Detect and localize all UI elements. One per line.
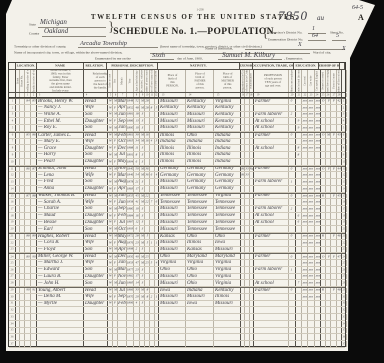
col-bm — [118, 328, 127, 334]
cell-text-ms: M — [141, 140, 144, 143]
col-rl: Daughter — [84, 159, 108, 165]
col-oc — [254, 314, 289, 320]
enumerator-line — [218, 58, 282, 60]
col-bm: Month — [118, 70, 127, 92]
cell-text-bm: Sep — [118, 206, 125, 211]
col-pb: Illinois — [159, 145, 186, 151]
col-pb: Missouri — [159, 280, 186, 286]
col-pf: Tennessee — [186, 206, 214, 212]
cell-text-ms: S — [141, 281, 143, 284]
col-pm: Place of birth of MOTHER of this person. — [214, 70, 241, 92]
subcol-label-h1: Owned or rented — [322, 72, 325, 90]
col-by: 1893 — [127, 226, 134, 232]
cell-text-pm: Maryland — [215, 254, 235, 259]
cell-text-pm: Virginia — [215, 267, 231, 272]
col-mn: 0 — [289, 234, 296, 239]
corner-letter: A — [358, 13, 364, 22]
cell-text-by: 1858 — [127, 200, 133, 203]
cell-text-lr: 34 — [342, 322, 345, 325]
cell-text-na: Na — [250, 167, 254, 170]
enumerated-day-line — [150, 58, 174, 60]
col-ln: 6 — [9, 133, 16, 138]
cell-text-sx: F — [114, 200, 116, 203]
col-by: 1840 — [127, 167, 134, 172]
cell-text-e3: yes — [309, 289, 313, 292]
cell-text-pm: Tennessee — [215, 213, 235, 218]
group-label: RELATION. — [86, 64, 104, 67]
col-pf: Germany — [186, 167, 214, 172]
col-oc — [254, 199, 289, 205]
col-ln: 7 — [9, 139, 16, 145]
col-bm: Mar — [118, 99, 127, 104]
col-rl: Head — [84, 288, 108, 293]
col-lr: 21 — [342, 234, 347, 239]
cell-text-e4: yes — [315, 221, 319, 224]
cell-text-ms: S — [141, 180, 143, 183]
cell-text-e1: 6 — [298, 221, 300, 224]
col-by: 1876 — [127, 240, 134, 246]
cell-text-ag: 6 — [136, 160, 138, 163]
cell-text-ag: 4 — [136, 302, 138, 305]
cell-text-e4: yes — [315, 140, 319, 143]
cell-text-e4: yes — [315, 241, 319, 244]
col-pb: Missouri — [159, 220, 186, 226]
scanned-census-image: 1-258 TWELFTH CENSUS OF THE UNITED STATE… — [0, 0, 384, 363]
cell-text-mo: 4 — [151, 140, 153, 143]
group-label: NAME — [55, 64, 65, 67]
cell-text-pm: Virginia — [215, 99, 231, 104]
column-number: 10 — [146, 94, 149, 97]
col-oc: Farmer — [254, 234, 289, 239]
cell-text-e3: yes — [309, 100, 313, 103]
col-rl: Son — [84, 206, 108, 212]
cell-text-lr: 17 — [342, 207, 345, 210]
col-by: 1883 — [127, 186, 134, 192]
cell-text-sx: M — [114, 289, 117, 292]
col-mn: 0 — [289, 288, 296, 293]
cell-text-rl: Son — [85, 112, 93, 117]
cell-text-by: 1896 — [127, 302, 133, 305]
cell-text-mn: 0 — [291, 167, 293, 170]
column-number: 28 — [338, 94, 341, 97]
col-oc: Farm laborer — [254, 179, 289, 185]
cell-text-lr: 8 — [343, 147, 345, 150]
cell-text-pf: Tennessee — [187, 220, 207, 225]
cell-text-h4: 47 — [337, 255, 340, 258]
cell-text-sx: M — [114, 180, 117, 183]
cell-text-h1: O — [322, 255, 324, 258]
subcol-label-by: Year — [129, 79, 132, 84]
col-rl: Son — [84, 125, 108, 131]
cell-text-ag: 16 — [135, 214, 138, 217]
group-personal: PERSONAL DESCRIPTION. — [107, 63, 158, 69]
col-pb — [159, 341, 186, 347]
cell-text-ms: M — [141, 235, 144, 238]
col-pf — [186, 307, 214, 313]
col-lr: 4 — [342, 118, 347, 124]
col-bm: Dec — [118, 145, 127, 151]
cell-text-sx: F — [114, 295, 116, 298]
subcol-label-fm: No. of family in order of visitation — [32, 70, 35, 92]
table-row: 12— LenaWifeWFMar184654M3664GermanyGerma… — [9, 172, 345, 179]
table-row: 28— John H.SonWMJun188514SMissouriOhioVi… — [9, 280, 345, 287]
col-bm: Mar — [118, 172, 127, 178]
col-pb: Missouri — [159, 294, 186, 300]
cell-text-ms: S — [141, 207, 143, 210]
col-nm: — Edward — [37, 267, 84, 273]
col-by: 1870 — [127, 294, 134, 300]
cell-text-pf: Ohio — [187, 281, 197, 286]
cell-text-ym: 22 — [145, 194, 148, 197]
col-pb: Ohio — [159, 254, 186, 259]
cell-text-pf: Germany — [187, 179, 206, 184]
cell-text-nm: Hughes, Robert — [38, 234, 69, 239]
cell-text-pb: Illinois — [160, 133, 174, 138]
cell-text-lr: 14 — [342, 187, 345, 190]
col-pf: Iowa — [186, 301, 214, 307]
cell-text-pb: Illinois — [160, 146, 174, 151]
cell-text-e2: yes — [303, 241, 307, 244]
col-mn — [289, 240, 296, 246]
cell-text-ln: 24 — [11, 255, 14, 258]
cell-text-e3: yes — [309, 126, 313, 129]
cell-text-sx: M — [114, 227, 117, 230]
group-location: LOCATION. — [16, 63, 37, 69]
cell-text-pb: Iowa — [160, 288, 170, 293]
cell-text-co: W — [109, 261, 112, 264]
col-rl: Wife — [84, 105, 108, 111]
cell-text-e4: yes — [315, 295, 319, 298]
col-bm: May — [118, 234, 127, 239]
col-lr: 37 — [342, 341, 347, 347]
cell-text-pb: Illinois — [160, 159, 174, 164]
cell-text-co: W — [109, 160, 112, 163]
col-bm: 7 — [118, 93, 127, 97]
cell-text-lr: 7 — [343, 140, 345, 143]
cell-text-by: 1886 — [127, 119, 133, 122]
subcol-label-rl: Relationship of each person to the head … — [93, 72, 108, 89]
cell-text-co: W — [109, 173, 112, 176]
col-lr: 26 — [342, 267, 347, 273]
cell-text-pf: Tennessee — [187, 194, 207, 199]
col-oc: Farm laborer — [254, 112, 289, 118]
col-pf: Illinois — [186, 240, 214, 246]
cell-text-pb: Missouri — [160, 227, 178, 232]
cell-text-pf: Ohio — [187, 274, 197, 279]
cell-text-h2: F — [327, 100, 329, 103]
cell-text-ms: M — [141, 295, 144, 298]
cell-text-ln: 32 — [11, 309, 14, 312]
col-nm: — Ethel M. — [37, 118, 84, 124]
col-bm: Mar — [118, 267, 127, 273]
table-row: 3737 — [9, 341, 345, 348]
cell-text-rl: Son — [85, 179, 93, 184]
col-nm: — Cora B. — [37, 240, 84, 246]
col-pb: Illinois — [159, 159, 186, 165]
table-row: 30— Della M.WifeWFSep187029M821MissouriM… — [9, 294, 345, 301]
col-mn — [289, 280, 296, 286]
cell-text-e2: yes — [303, 295, 307, 298]
cell-text-bm: Jun — [118, 200, 125, 205]
cell-text-rl: Daughter — [85, 213, 104, 218]
col-pm — [214, 334, 241, 340]
cell-text-rl: Daughter — [85, 119, 104, 124]
cell-text-h4: 46 — [337, 235, 340, 238]
col-rl: Wife — [84, 199, 108, 205]
cell-text-by: 1890 — [127, 126, 133, 129]
col-pf: Indiana — [186, 288, 214, 293]
cell-text-rl: Head — [85, 234, 96, 239]
cell-text-pf: Ohio — [187, 267, 197, 272]
cell-text-ag: 28 — [135, 235, 138, 238]
cell-text-mn: 2 — [291, 207, 293, 210]
cell-text-ln: 35 — [11, 329, 14, 332]
col-bm — [118, 307, 127, 313]
cell-text-nm: — Bessie — [38, 220, 56, 225]
cell-text-mn: 0 — [291, 194, 293, 197]
cell-text-co: W — [109, 207, 112, 210]
column-number: 13 — [162, 94, 165, 97]
cell-text-e3: yes — [309, 194, 313, 197]
cell-text-pb: Missouri — [160, 179, 178, 184]
col-rl: Son — [84, 280, 108, 286]
cell-text-lv: 4 — [155, 173, 157, 176]
cell-text-pf: Tennessee — [187, 206, 207, 211]
enumerated-label: Enumerated by me on the — [95, 57, 131, 60]
table-row: 27— Laura B.DaughterWFNov188217SMissouri… — [9, 274, 345, 281]
cell-text-mn: 0 — [291, 235, 293, 238]
cell-text-co: W — [109, 221, 112, 224]
cell-text-e2: yes — [303, 214, 307, 217]
table-row: 4— Ethel M.DaughterWFSep188613SMissouriM… — [9, 118, 345, 125]
cell-text-pb: Missouri — [160, 206, 178, 211]
cell-text-ln: 18 — [11, 214, 14, 217]
cell-text-by: 1855 — [127, 194, 133, 197]
cell-text-pm: Kentucky — [215, 105, 234, 110]
col-rl: Head — [84, 133, 108, 138]
cell-text-pf: Kentucky — [187, 105, 206, 110]
cell-text-h4: 42 — [337, 100, 340, 103]
col-nm: — Nancy J. — [37, 105, 84, 111]
subcol-label-h3: Farm or house — [332, 73, 335, 89]
cell-text-by: 1887 — [127, 221, 133, 224]
cell-text-ag: 10 — [135, 126, 138, 129]
cell-text-by: 1872 — [127, 235, 133, 238]
col-pm: Virginia — [214, 99, 241, 104]
subcol-label-h4: Number of farm schedule — [338, 70, 341, 92]
col-nm: — Fred — [37, 179, 84, 185]
cell-text-ln: 11 — [11, 167, 14, 170]
col-mn: 0 — [289, 167, 296, 172]
table-row: 18— MaudDaughterWFFeb188416SMissouriTenn… — [9, 213, 345, 220]
cell-text-co: W — [109, 100, 112, 103]
cell-text-ms: M — [141, 261, 144, 264]
col-by: 1880 — [127, 206, 134, 212]
col-mn: 0 — [289, 133, 296, 138]
cell-text-lv: 5 — [155, 106, 157, 109]
col-oc — [254, 152, 289, 158]
col-pm: Virginia — [214, 260, 241, 266]
column-number: 11 — [150, 94, 153, 97]
col-rl: Son — [84, 152, 108, 158]
cell-text-by: 1870 — [127, 295, 133, 298]
col-nm: — John H. — [37, 280, 84, 286]
col-oc: Farmer — [254, 194, 289, 199]
table-row: 3333 — [9, 314, 345, 321]
col-rl: Daughter — [84, 213, 108, 219]
col-oc: At school — [254, 280, 289, 286]
cell-text-ln: 1 — [11, 100, 13, 103]
col-rl — [84, 321, 108, 327]
cell-text-pm: Indiana — [215, 152, 231, 157]
col-mn — [289, 159, 296, 165]
cell-text-rl: Daughter — [85, 159, 104, 164]
cell-text-lr: 31 — [342, 302, 345, 305]
col-bm: Feb — [118, 133, 127, 138]
cell-text-rl: Son — [85, 206, 93, 211]
cell-text-pf: Indiana — [187, 288, 203, 293]
cell-text-ms: S — [141, 275, 143, 278]
cell-text-ms: S — [141, 214, 143, 217]
col-rl: Head — [84, 167, 108, 172]
col-oc — [254, 105, 289, 111]
cell-text-sx: M — [114, 235, 117, 238]
col-nm: — Earl — [37, 226, 84, 232]
col-mn — [289, 145, 296, 151]
cell-text-pm: Tennessee — [215, 200, 235, 205]
col-pf: Indiana — [186, 139, 214, 145]
cell-text-oc: At school — [255, 125, 274, 130]
cell-text-ag: 23 — [135, 241, 138, 244]
group-label: NATIVITY. — [190, 64, 207, 67]
cell-text-by: 1884 — [127, 214, 133, 217]
col-pm: Illinois — [214, 294, 241, 300]
cell-text-e3: yes — [309, 214, 313, 217]
col-pb: Missouri — [159, 186, 186, 192]
col-pb: Missouri — [159, 99, 186, 104]
col-bm: Apr — [118, 105, 127, 111]
col-lr: 9 — [342, 152, 347, 158]
cell-text-ln: 9 — [11, 153, 13, 156]
col-nm — [37, 321, 84, 327]
col-mn: 0 — [289, 254, 296, 259]
col-oc — [254, 301, 289, 307]
table-row: 9— HarrySonWMJul18918SIllinoisIllinoisIn… — [9, 152, 345, 159]
cell-text-by: 1898 — [127, 248, 133, 251]
cell-text-nm: — Nancy J. — [38, 105, 61, 110]
cell-text-sx: M — [114, 248, 117, 251]
cell-text-by: 1848 — [127, 100, 133, 103]
cell-text-mn: 2 — [291, 113, 293, 116]
cell-text-h2: F — [327, 255, 329, 258]
cell-text-dw: 84 — [26, 100, 29, 103]
col-by: 1861 — [127, 133, 134, 138]
col-mn: 20 — [289, 93, 296, 97]
cell-text-h3: F — [333, 133, 335, 136]
subcol-label-hs: House No. — [21, 75, 24, 87]
cell-text-lr: 11 — [343, 167, 346, 170]
cell-text-pm: Illinois — [215, 294, 229, 299]
cell-text-lr: 23 — [342, 248, 345, 251]
cell-text-ym: 16 — [145, 133, 148, 136]
cell-text-ag: 47 — [135, 261, 138, 264]
cell-text-co: W — [109, 227, 112, 230]
cell-text-dw: 87 — [26, 194, 29, 197]
census-sheet: 1-258 TWELFTH CENSUS OF THE UNITED STATE… — [0, 0, 384, 363]
enumeration-line — [308, 39, 326, 41]
col-oc — [254, 186, 289, 192]
col-pm: Germany — [214, 179, 241, 185]
col-by: 1888 — [127, 145, 134, 151]
institution-line — [245, 48, 345, 50]
col-pm: Tennessee — [214, 226, 241, 232]
col-mn — [289, 341, 296, 347]
col-pb: Missouri — [159, 240, 186, 246]
cell-text-by: 1880 — [127, 207, 133, 210]
group-margin — [340, 63, 345, 69]
col-by: 1846 — [127, 172, 134, 178]
cell-text-bm: May — [118, 234, 126, 239]
cell-text-nm: — Ethel M. — [38, 119, 61, 124]
supervisor-label: Supervisor's District No. — [268, 31, 302, 34]
cell-text-ms: S — [141, 268, 143, 271]
cell-text-sx: M — [114, 100, 117, 103]
col-by: 1877 — [127, 267, 134, 273]
cell-text-pb: Missouri — [160, 247, 178, 252]
cell-text-co: W — [109, 180, 112, 183]
cell-text-bm: Mar — [118, 99, 126, 104]
col-nm: — Sarah A. — [37, 199, 84, 205]
col-pm: Kentucky — [214, 112, 241, 118]
cell-text-mn: 0 — [291, 100, 293, 103]
col-pm: Tennessee — [214, 206, 241, 212]
cell-text-pm: Virginia — [215, 260, 231, 265]
table-row: 118687Schmidt, JohnHeadWMNov184059M36Ger… — [9, 166, 345, 173]
cell-text-pm: Tennessee — [215, 227, 235, 232]
cell-text-sx: F — [114, 261, 116, 264]
col-by: 1887 — [127, 220, 134, 226]
cell-text-ms: S — [141, 119, 143, 122]
cell-text-ag: 33 — [135, 289, 138, 292]
cell-text-h1: R — [322, 235, 324, 238]
cell-text-pm: Kentucky — [215, 119, 234, 124]
cell-text-pb: Missouri — [160, 281, 178, 286]
cell-text-pm: Missouri — [215, 301, 233, 306]
cell-text-co: W — [109, 268, 112, 271]
cell-text-e4: yes — [315, 106, 319, 109]
col-pf: Missouri — [186, 125, 214, 131]
table-row: 158788Walker, Thomas B.HeadWMJan185545M2… — [9, 193, 345, 200]
cell-text-mn: 1 — [291, 180, 293, 183]
cell-text-bm: Apr — [118, 105, 126, 110]
col-pf: Tennessee — [186, 226, 214, 232]
cell-text-ag: 11 — [135, 146, 138, 149]
col-pm: Kentucky — [214, 125, 241, 131]
cell-text-mn: 0 — [291, 289, 293, 292]
cell-text-lr: 13 — [342, 180, 345, 183]
col-lr: 13 — [342, 179, 347, 185]
cell-text-e3: yes — [309, 235, 313, 238]
col-lr: 10 — [342, 159, 347, 165]
col-by: 1866 — [127, 288, 134, 293]
subcol-label-st: Street — [16, 78, 19, 84]
col-mn — [289, 294, 296, 300]
cell-text-bm: Sep — [118, 119, 125, 124]
col-pm: Virginia — [214, 280, 241, 286]
cell-text-e2: yes — [303, 173, 307, 176]
cell-text-fm: 91 — [32, 289, 35, 292]
cell-text-e4: yes — [315, 289, 319, 292]
